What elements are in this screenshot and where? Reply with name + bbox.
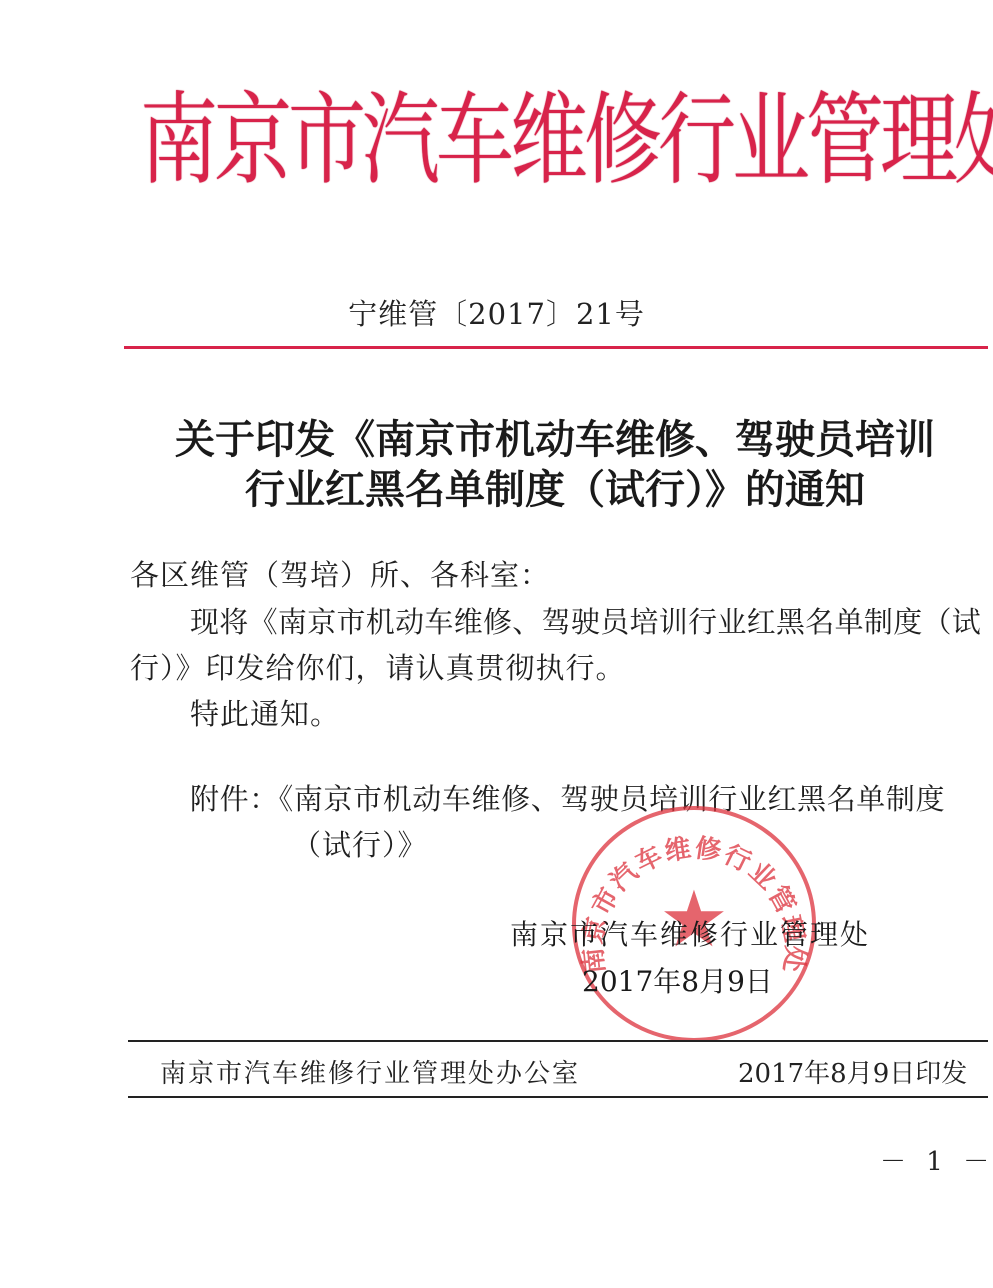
footer-top-rule (128, 1040, 988, 1042)
masthead-title: 南京市汽车维修行业管理处文件 (140, 58, 970, 224)
attachment-line-2: （试行）》 (292, 823, 428, 864)
document-number: 宁维管〔2017〕21号 (0, 292, 993, 333)
body-paragraph-line-2: 行）》印发给你们，请认真贯彻执行。 (130, 646, 626, 687)
footer-office: 南京市汽车维修行业管理处办公室 (160, 1053, 580, 1090)
closing-text: 特此通知。 (190, 692, 340, 733)
attachment-line-1: 附件：《南京市机动车维修、驾驶员培训行业红黑名单制度 (190, 777, 945, 818)
document-title-line-1: 关于印发《南京市机动车维修、驾驶员培训 (130, 408, 980, 465)
signature-issuer: 南京市汽车维修行业管理处 (510, 913, 870, 953)
salutation: 各区维管（驾培）所、各科室： (130, 553, 550, 594)
signature-date: 2017年8月9日 (582, 960, 773, 1000)
body-paragraph-line-1: 现将《南京市机动车维修、驾驶员培训行业红黑名单制度（试 (190, 600, 981, 641)
footer-issued-date: 2017年8月9日印发 (738, 1053, 967, 1090)
page-number: － 1 － (880, 1141, 993, 1178)
footer-bottom-rule (128, 1096, 988, 1098)
document-title-line-2: 行业红黑名单制度（试行）》的通知 (130, 458, 980, 515)
red-divider (124, 346, 988, 349)
